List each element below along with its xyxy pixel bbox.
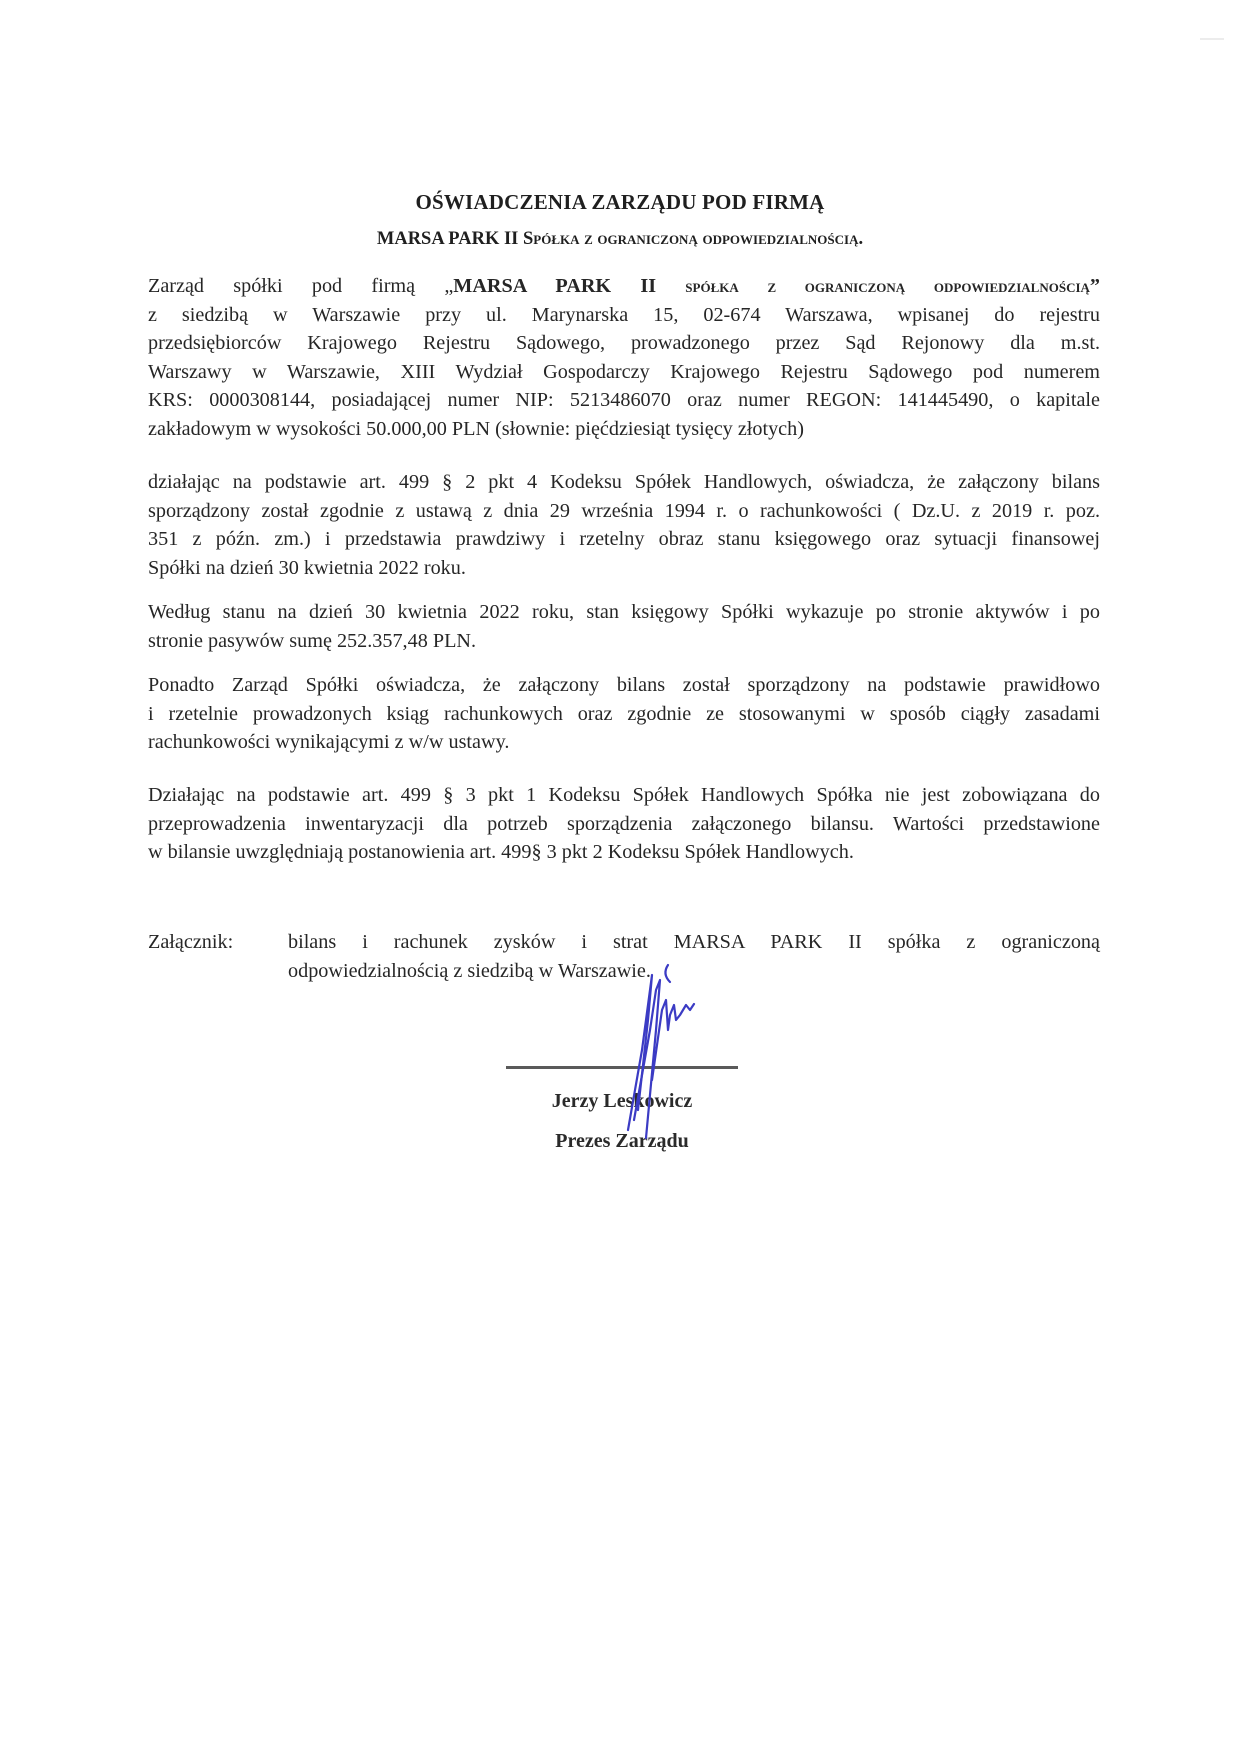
handwritten-signature-icon bbox=[590, 960, 750, 1140]
text-line: stronie pasywów sumę 252.357,48 PLN. bbox=[148, 627, 1100, 656]
company-form-inline: spółka z ograniczoną odpowiedzialnością bbox=[685, 276, 1090, 296]
text-line: Spółki na dzień 30 kwietnia 2022 roku. bbox=[148, 554, 1100, 583]
text-line: 351 z późn. zm.) i przedstawia prawdziwy… bbox=[148, 525, 1100, 554]
paragraph-accounting-books: Ponadto Zarząd Spółki oświadcza, że załą… bbox=[148, 671, 1100, 757]
signer-name: Jerzy Leskowicz bbox=[506, 1090, 738, 1113]
paragraph-inventory-exemption: Działając na podstawie art. 499 § 3 pkt … bbox=[148, 781, 1100, 867]
scan-artifact bbox=[1200, 38, 1224, 40]
text-line: działając na podstawie art. 499 § 2 pkt … bbox=[148, 468, 1100, 497]
company-name-heading: MARSA PARK II Spółka z ograniczoną odpow… bbox=[0, 229, 1240, 250]
text-line: i rzetelnie prowadzonych ksiąg rachunkow… bbox=[148, 700, 1100, 729]
text-span: Zarząd spółki pod firmą „ bbox=[148, 275, 453, 297]
document-title: OŚWIADCZENIA ZARZĄDU POD FIRMĄ bbox=[0, 190, 1240, 215]
attachment-label: Załącznik: bbox=[148, 928, 233, 957]
text-line: Warszawy w Warszawie, XIII Wydział Gospo… bbox=[148, 358, 1100, 387]
text-line: rachunkowości wynikającymi z w/w ustawy. bbox=[148, 728, 1100, 757]
text-line: sporządzony został zgodnie z ustawą z dn… bbox=[148, 497, 1100, 526]
company-name-inline: MARSA PARK II bbox=[453, 275, 685, 297]
paragraph-legal-basis: działając na podstawie art. 499 § 2 pkt … bbox=[148, 468, 1100, 582]
text-line: przedsiębiorców Krajowego Rejestru Sądow… bbox=[148, 329, 1100, 358]
paragraph-balance-total: Według stanu na dzień 30 kwietnia 2022 r… bbox=[148, 598, 1100, 655]
text-line: z siedzibą w Warszawie przy ul. Marynars… bbox=[148, 301, 1100, 330]
attachment-description: bilans i rachunek zysków i strat MARSA P… bbox=[288, 928, 1100, 985]
company-name: MARSA PARK II bbox=[377, 229, 523, 249]
paragraph-company-details: Zarząd spółki pod firmą „MARSA PARK II s… bbox=[148, 272, 1100, 443]
text-line: Działając na podstawie art. 499 § 3 pkt … bbox=[148, 781, 1100, 810]
company-legal-form: Spółka z ograniczoną odpowiedzialnością. bbox=[523, 229, 863, 249]
signer-role: Prezes Zarządu bbox=[506, 1130, 738, 1153]
text-line: odpowiedzialnością z siedzibą w Warszawi… bbox=[288, 957, 1100, 986]
signature-line bbox=[506, 1066, 738, 1069]
text-line: zakładowym w wysokości 50.000,00 PLN (sł… bbox=[148, 415, 1100, 444]
text-line: KRS: 0000308144, posiadającej numer NIP:… bbox=[148, 386, 1100, 415]
document-page: OŚWIADCZENIA ZARZĄDU POD FIRMĄ MARSA PAR… bbox=[0, 0, 1240, 1754]
text-line: Ponadto Zarząd Spółki oświadcza, że załą… bbox=[148, 671, 1100, 700]
text-line: Zarząd spółki pod firmą „MARSA PARK II s… bbox=[148, 272, 1100, 301]
text-line: w bilansie uwzględniają postanowienia ar… bbox=[148, 838, 1100, 867]
closing-quote: ” bbox=[1090, 275, 1100, 297]
text-line: Według stanu na dzień 30 kwietnia 2022 r… bbox=[148, 598, 1100, 627]
text-line: bilans i rachunek zysków i strat MARSA P… bbox=[288, 928, 1100, 957]
text-line: przeprowadzenia inwentaryzacji dla potrz… bbox=[148, 810, 1100, 839]
